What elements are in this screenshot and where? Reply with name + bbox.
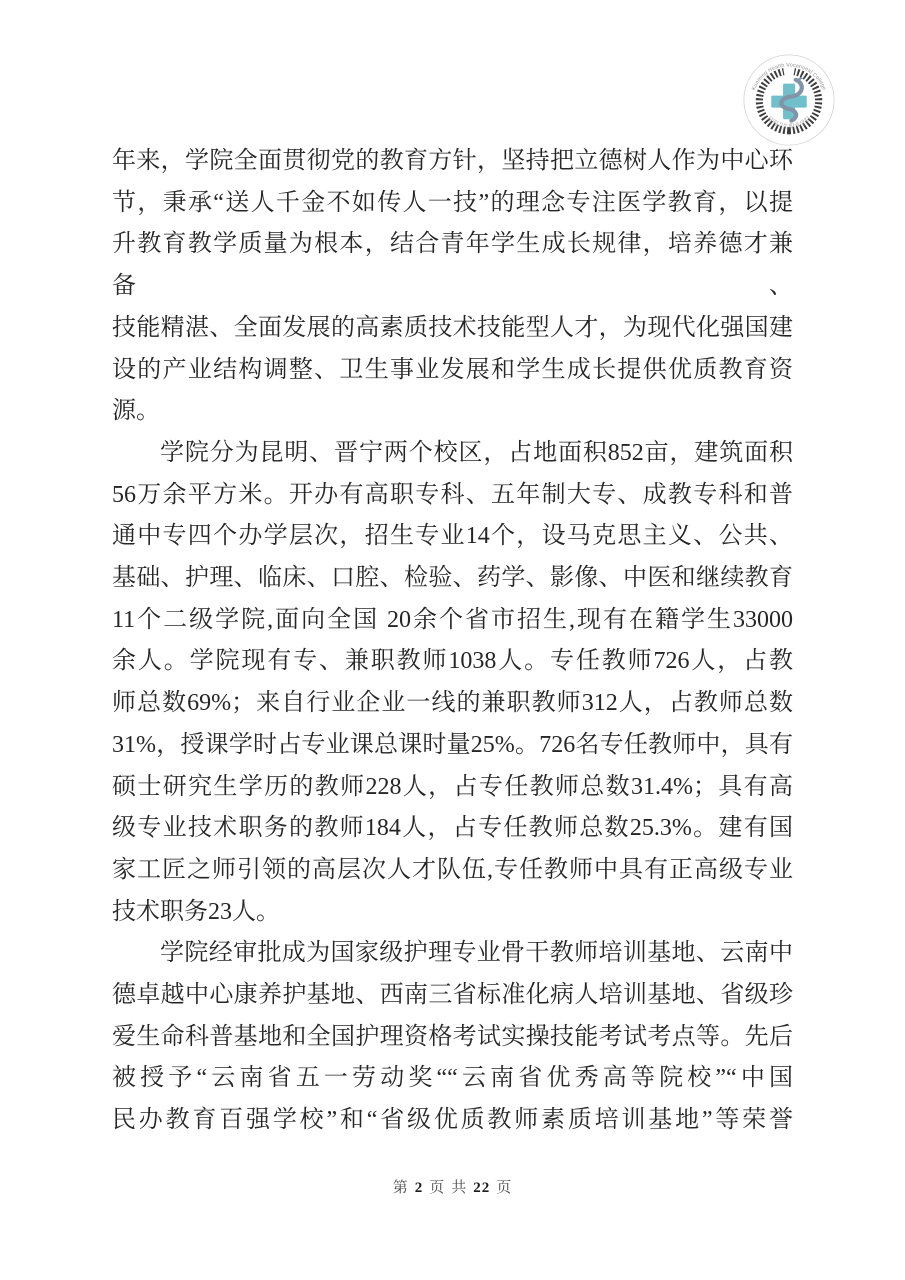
document-body: 年来，学院全面贯彻党的教育方针，坚持把立德树人作为中心环 节，秉承“送人千金不如…: [112, 141, 793, 1142]
text-line: 31%，授课学时占专业课总课时量25%。726名专任教师中，具有: [112, 725, 793, 767]
paragraph-3: 学院经审批成为国家级护理专业骨干教师培训基地、云南中 德卓越中心康养护基地、西南…: [112, 933, 793, 1142]
text-line: 被授予“云南省五一劳动奖““云南省优秀高等院校”“中国: [112, 1058, 793, 1100]
text-line: 硕士研究生学历的教师228人，占专任教师总数31.4%；具有高: [112, 767, 793, 809]
text-line: 设的产业结构调整、卫生事业发展和学生成长提供优质教育资: [112, 350, 793, 392]
document-page: Kunming Health Vocational College 昆明卫生职业…: [0, 0, 905, 1280]
text-line: 学院经审批成为国家级护理专业骨干教师培训基地、云南中: [112, 933, 793, 975]
text-line: 源。: [112, 391, 793, 433]
college-logo: Kunming Health Vocational College 昆明卫生职业…: [741, 52, 837, 148]
text-line: 11个二级学院,面向全国 20余个省市招生,现有在籍学生33000: [112, 600, 793, 642]
paragraph-2: 学院分为昆明、晋宁两个校区，占地面积852亩，建筑面积 56万余平方米。开办有高…: [112, 433, 793, 933]
paragraph-1: 年来，学院全面贯彻党的教育方针，坚持把立德树人作为中心环 节，秉承“送人千金不如…: [112, 141, 793, 433]
text-line: 技能精湛、全面发展的高素质技术技能型人才，为现代化强国建: [112, 308, 793, 350]
text-line: 升教育教学质量为根本，结合青年学生成长规律，培养德才兼备、: [112, 224, 793, 307]
footer-label: 页: [496, 1176, 512, 1197]
total-pages: 22: [473, 1180, 490, 1197]
text-line: 节，秉承“送人千金不如传人一技”的理念专注医学教育，以提: [112, 183, 793, 225]
text-line: 级专业技术职务的教师184人，占专任教师总数25.3%。建有国: [112, 808, 793, 850]
college-logo-svg: Kunming Health Vocational College 昆明卫生职业…: [741, 52, 837, 148]
footer-label: 共: [451, 1176, 467, 1197]
text-line: 56万余平方米。开办有高职专科、五年制大专、成教专科和普: [112, 475, 793, 517]
text-line: 基础、护理、临床、口腔、检验、药学、影像、中医和继续教育: [112, 558, 793, 600]
text-line: 技术职务23人。: [112, 892, 793, 934]
page-footer: 第2页共22页: [0, 1176, 905, 1197]
footer-label: 页: [429, 1176, 445, 1197]
text-line: 师总数69%；来自行业企业一线的兼职教师312人，占教师总数: [112, 683, 793, 725]
footer-label: 第: [393, 1176, 409, 1197]
text-line: 学院分为昆明、晋宁两个校区，占地面积852亩，建筑面积: [112, 433, 793, 475]
text-line: 年来，学院全面贯彻党的教育方针，坚持把立德树人作为中心环: [112, 141, 793, 183]
page-number: 2: [415, 1180, 424, 1197]
text-line: 民办教育百强学校”和“省级优质教师素质培训基地”等荣誉: [112, 1100, 793, 1142]
text-line: 余人。学院现有专、兼职教师1038人。专任教师726人，占教: [112, 641, 793, 683]
text-line: 爱生命科普基地和全国护理资格考试实操技能考试考点等。先后: [112, 1017, 793, 1059]
text-line: 家工匠之师引领的高层次人才队伍,专任教师中具有正高级专业: [112, 850, 793, 892]
text-line: 通中专四个办学层次，招生专业14个，设马克思主义、公共、: [112, 516, 793, 558]
text-line: 德卓越中心康养护基地、西南三省标准化病人培训基地、省级珍: [112, 975, 793, 1017]
